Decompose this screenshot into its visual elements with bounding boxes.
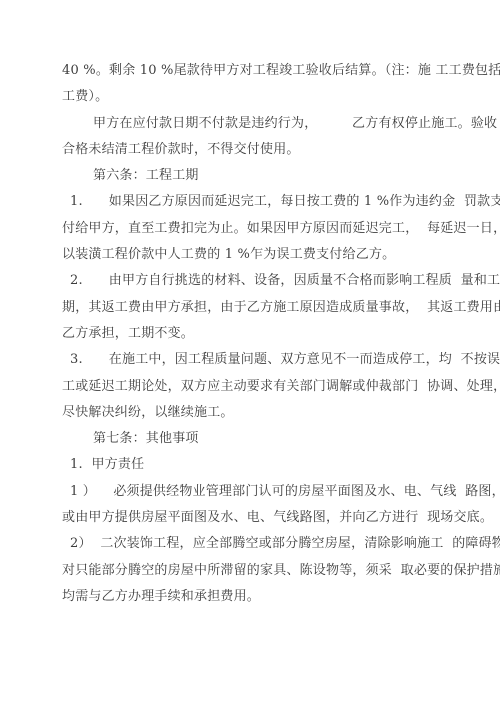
text-line: 第七条：其他事项	[62, 426, 444, 452]
text-line: 3. 在施工中，因工程质量问题、双方意见不一而造成停工，均 不按误	[62, 347, 444, 373]
text-line: 付给甲方，直至工费扣完为止。如果因甲方原因而延迟完工， 每延迟一日，	[62, 216, 444, 242]
text-line: 合格未结清工程价款时，不得交付使用。	[62, 137, 444, 163]
text-line: 工费）。	[62, 84, 444, 110]
text-line: 以装潢工程价款中人工费的 1 %乍为误工费支付给乙方。	[62, 242, 444, 268]
text-line: 2） 二次装饰工程，应全部腾空或部分腾空房屋，清除影响施工 的障碍物。	[62, 531, 444, 557]
text-line: 乙方承担，工期不变。	[62, 321, 444, 347]
document-page: 40 %。剩余 10 %尾款待甲方对工程竣工验收后结算。（注：施 工工费包括人工…	[0, 0, 500, 708]
text-line: 第六条：工程工期	[62, 163, 444, 189]
text-line: 工或延迟工期论处，双方应主动要求有关部门调解或仲裁部门 协调、处理，	[62, 374, 444, 400]
text-line: 甲方在应付款日期不付款是违约行为， 乙方有权停止施工。验收	[62, 111, 444, 137]
text-line: 期，其返工费由甲方承担，由于乙方施工原因造成质量事故， 其返工费用由	[62, 295, 444, 321]
text-line: 40 %。剩余 10 %尾款待甲方对工程竣工验收后结算。（注：施 工工费包括人	[62, 58, 444, 84]
contract-text: 40 %。剩余 10 %尾款待甲方对工程竣工验收后结算。（注：施 工工费包括人工…	[62, 58, 444, 610]
text-line: 2. 由甲方自行挑选的材料、设备，因质量不合格而影响工程质 量和工	[62, 268, 444, 294]
text-line: 1. 如果因乙方原因而延迟完工，每日按工费的 1 %作为违约金 罚款支	[62, 189, 444, 215]
text-line: 1 ） 必须提供经物业管理部门认可的房屋平面图及水、电、气线 路图，	[62, 479, 444, 505]
text-line: 均需与乙方办理手续和承担费用。	[62, 584, 444, 610]
text-line: 对只能部分腾空的房屋中所滞留的家具、陈设物等，须采 取必要的保护措施，	[62, 558, 444, 584]
text-line: 尽快解决纠纷，以继续施工。	[62, 400, 444, 426]
text-line: 或由甲方提供房屋平面图及水、电、气线路图，并向乙方进行 现场交底。	[62, 505, 444, 531]
text-line: 1. 甲方责任	[62, 452, 444, 478]
